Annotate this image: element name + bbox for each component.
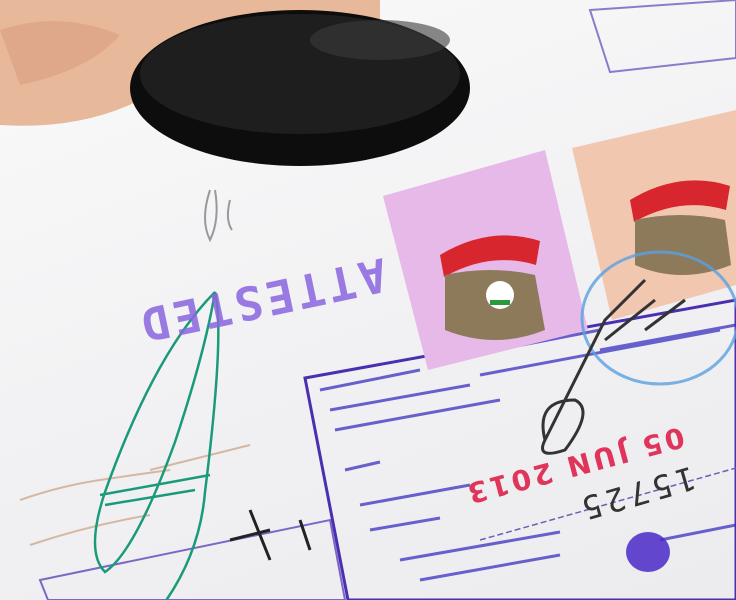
rubber-stamp xyxy=(130,10,470,166)
top-right-stamp xyxy=(590,0,736,72)
photo-scene: ATTESTED 05 JUN 2013 15725 xyxy=(0,0,736,600)
revenue-stamp-pink xyxy=(383,150,588,370)
bottom-left-stamp xyxy=(40,520,345,600)
revenue-stamp-peach xyxy=(572,110,736,320)
